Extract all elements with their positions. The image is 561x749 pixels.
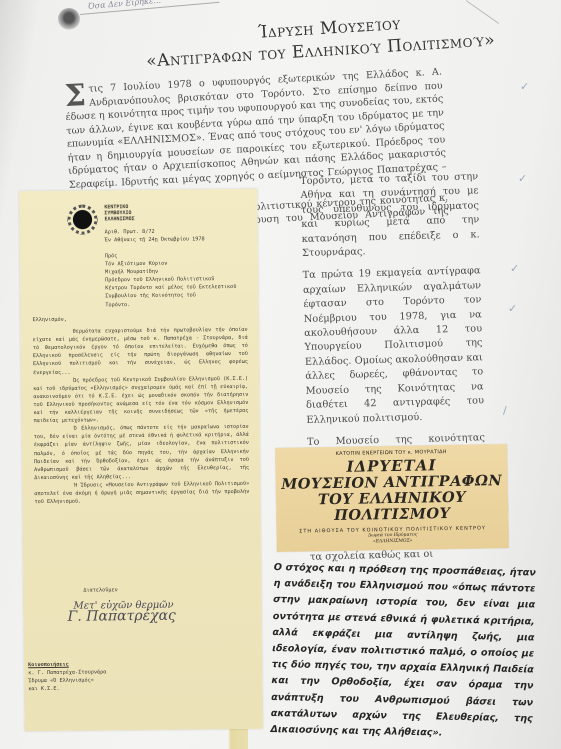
emblem-icon <box>58 8 80 30</box>
letter-cc: Κοινοποιήσεις κ. Γ. Παπατρέχα-Στουρνάρα … <box>28 660 106 693</box>
official-seal-icon <box>67 204 97 234</box>
letter-body: Ελληνισμόν, Θερμότατα ευχαριστούμε διά τ… <box>32 314 249 506</box>
book-page: Όσα Δεν Είρηκε... Ίδρυση Μουσείου «Αντιγ… <box>0 0 561 749</box>
letter-closing: Διατελοῦμεν <box>83 586 117 594</box>
margin-checkmark: ✓ <box>510 262 519 275</box>
letter-reference: Αριθ. Πρωτ. 8/72 Έν Αθήναις τῇ 24ῃ Όκτωβ… <box>105 227 205 244</box>
handwritten-signature: Μετ' εὐχῶν θερμῶν Γ. Παπατρέχας <box>63 601 203 642</box>
right-paragraph: Τορόντο, μετά το ταξίδι του στην Αθήνα κ… <box>300 170 480 261</box>
letter-document: ΚΕΝΤΡΙΚΟ ΣΥΜΒΟΥΛΙΟ ΕΛΛΗΝΙΣΜΟΣ Αριθ. Πρωτ… <box>19 189 263 731</box>
page-title: Ίδρυση Μουσείου «Αντιγράφων του Ελληνικο… <box>119 6 521 74</box>
margin-checkmark: ✓ <box>518 172 527 185</box>
letter-addressee: Πρός Τόν Αξιότιμον Κύριον Μιχαήλ Μουρατί… <box>105 251 256 309</box>
letter-paragraph: Ή Ίδρυσις «Μουσείου Αντιγράφων τοῦ Ελλην… <box>34 480 249 507</box>
drop-cap: Σ <box>64 84 86 109</box>
margin-checkmark: / <box>503 404 507 417</box>
letter-paragraph: Ώς πρόεδρος τοῦ Κεντρικοῦ Συμβουλίου Ελλ… <box>33 375 248 426</box>
pull-quote: Ο στόχος και η πρόθεση της προσπάθειας, … <box>270 560 536 744</box>
letter-paragraph: Ό Ελληνισμός, όπως πάντοτε είς τήν μακρα… <box>34 423 250 482</box>
clipping-headline: ΤΟΥ ΕΛΛΗΝΙΚΟΥ ΠΟΛΙΤΙΣΜΟΥ <box>276 489 509 525</box>
newspaper-clipping: ΚΑΤΟΠΙΝ ΕΝΕΡΓΕΙΩΝ ΤΟΥ κ. ΜΟΥΡΑΤΙΔΗ ΙΔΡΥΕ… <box>275 444 509 552</box>
letter-paragraph: Θερμότατα ευχαριστούμε διά τήν πρωτοβουλ… <box>33 326 248 377</box>
letterhead: ΚΕΝΤΡΙΚΟ ΣΥΜΒΟΥΛΙΟ ΕΛΛΗΝΙΣΜΟΣ <box>104 204 134 222</box>
right-paragraph: Τα πρώτα 19 εκμαγεία αντίγραφα αρχαίων Ε… <box>302 265 484 428</box>
margin-checkmark: ✓ <box>508 302 517 315</box>
letter-salutation: Ελληνισμόν, <box>32 314 247 324</box>
margin-checkmark: ✓ <box>520 80 529 93</box>
